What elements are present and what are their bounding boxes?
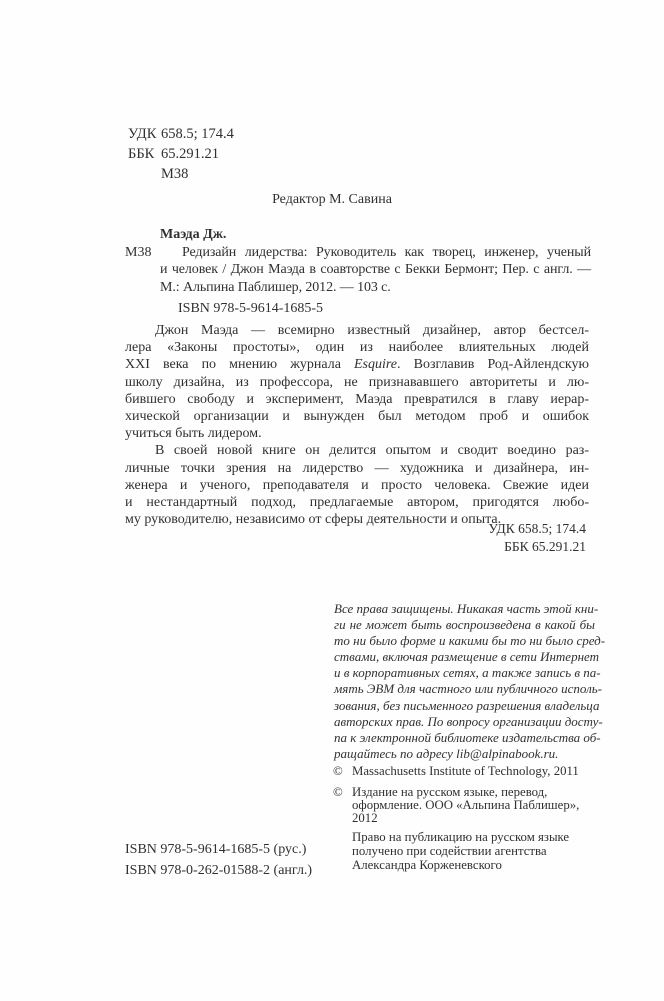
copyright-russian-edition: © Издание на русском языке, перевод,офор…	[333, 786, 603, 825]
text-line: личные точки зрения на лидерство — худож…	[125, 460, 589, 477]
text-line: и нестандартный подход, предлагаемые авт…	[125, 494, 589, 511]
text-line: лера «Законы простоты», один из наиболее…	[125, 339, 589, 356]
biblio-description: Редизайн лидерства: Руководитель как тво…	[160, 244, 591, 297]
text-line: оформление. ООО «Альпина Паблишер»,	[352, 799, 603, 812]
annotation: Джон Маэда — всемирно известный дизайнер…	[125, 322, 589, 528]
text-line: получено при содействии агентства	[352, 845, 602, 859]
udk-row: УДК 658.5; 174.4	[128, 124, 234, 144]
classification-footer: УДК 658.5; 174.4 ББК 65.291.21	[330, 520, 586, 555]
isbn-english: ISBN 978-0-262-01588-2 (англ.)	[125, 861, 312, 882]
classification-block: УДК 658.5; 174.4 ББК 65.291.21 М38	[128, 124, 234, 184]
text-line: па к электронной библиотеке издательства…	[334, 730, 595, 746]
author-sign-margin: М38	[125, 244, 151, 262]
udk-label: УДК	[128, 124, 161, 144]
text-line: ги не может быть воспроизведена в какой …	[334, 617, 595, 633]
text-line: ствами, включая размещение в сети Интерн…	[334, 649, 595, 665]
text-line: М.: Альпина Паблишер, 2012. — 103 с.	[160, 279, 591, 297]
bbk-value: 65.291.21	[161, 144, 219, 164]
text-line: 2012	[352, 812, 603, 825]
author-name: Маэда Дж.	[160, 226, 591, 244]
isbn-footer: ISBN 978-5-9614-1685-5 (рус.) ISBN 978-0…	[125, 840, 312, 881]
rights-notice: Все права защищены. Никакая часть этой к…	[334, 601, 595, 762]
author-sign: М38	[161, 164, 188, 184]
text-line: В своей новой книге он делится опытом и …	[125, 442, 589, 459]
text-line: мять ЭВМ для частного или публичного исп…	[334, 681, 595, 697]
text-line: авторских прав. По вопросу организации д…	[334, 714, 595, 730]
text-line: ращайтесь по адресу lib@alpinabook.ru.	[334, 746, 595, 762]
book-copyright-page: УДК 658.5; 174.4 ББК 65.291.21 М38 Редак…	[0, 0, 664, 1001]
copyright-symbol: ©	[333, 786, 343, 799]
editor-credit: Редактор М. Савина	[0, 192, 664, 208]
bbk-footer: ББК 65.291.21	[330, 538, 586, 556]
bbk-label: ББК	[128, 144, 161, 164]
copyright-symbol: ©	[333, 764, 352, 779]
text-line: Все права защищены. Никакая часть этой к…	[334, 601, 595, 617]
text-line: хической организации и вынужден был мето…	[125, 408, 589, 425]
bbk-row: ББК 65.291.21	[128, 144, 234, 164]
isbn-russian: ISBN 978-5-9614-1685-5 (рус.)	[125, 840, 312, 861]
bibliographic-entry: Маэда Дж. М38 Редизайн лидерства: Руково…	[125, 226, 591, 296]
copyright-russian-text: Издание на русском языке, перевод,оформл…	[352, 786, 603, 825]
text-line: школу дизайна, из профессора, не признав…	[125, 374, 589, 391]
copyright-mit: © Massachusetts Institute of Technology,…	[333, 764, 603, 779]
text-line: бившего свободу и эксперимент, Маэда пре…	[125, 391, 589, 408]
text-line: и в корпоративных сетях, а также запись …	[334, 665, 595, 681]
text-line: то ни было форме и какими бы то ни было …	[334, 633, 595, 649]
text-line: зования, без письменного разрешения влад…	[334, 698, 595, 714]
text-line: Право на публикацию на русском языке	[352, 831, 602, 845]
author-sign-row: М38	[128, 164, 234, 184]
text-line: Джон Маэда — всемирно известный дизайнер…	[125, 322, 589, 339]
isbn-main: ISBN 978-5-9614-1685-5	[178, 301, 323, 317]
annotation-paragraph-1: Джон Маэда — всемирно известный дизайнер…	[125, 322, 589, 442]
udk-value: 658.5; 174.4	[161, 124, 234, 144]
text-line: XXI века по мнению журнала Esquire. Возг…	[125, 356, 589, 373]
annotation-paragraph-2: В своей новой книге он делится опытом и …	[125, 442, 589, 528]
udk-footer: УДК 658.5; 174.4	[330, 520, 586, 538]
text-line: Редизайн лидерства: Руководитель как тво…	[160, 244, 591, 262]
biblio-entry-body: М38 Редизайн лидерства: Руководитель как…	[125, 244, 591, 297]
agency-note: Право на публикацию на русском языкеполу…	[352, 831, 602, 872]
text-line: Александра Корженевского	[352, 859, 602, 873]
text-line: женера и ученого, преподавателя и просто…	[125, 477, 589, 494]
text-line: и человек / Джон Маэда в соавторстве с Б…	[160, 261, 591, 279]
text-line: учиться быть лидером.	[125, 425, 589, 442]
copyright-mit-text: Massachusetts Institute of Technology, 2…	[352, 764, 579, 779]
